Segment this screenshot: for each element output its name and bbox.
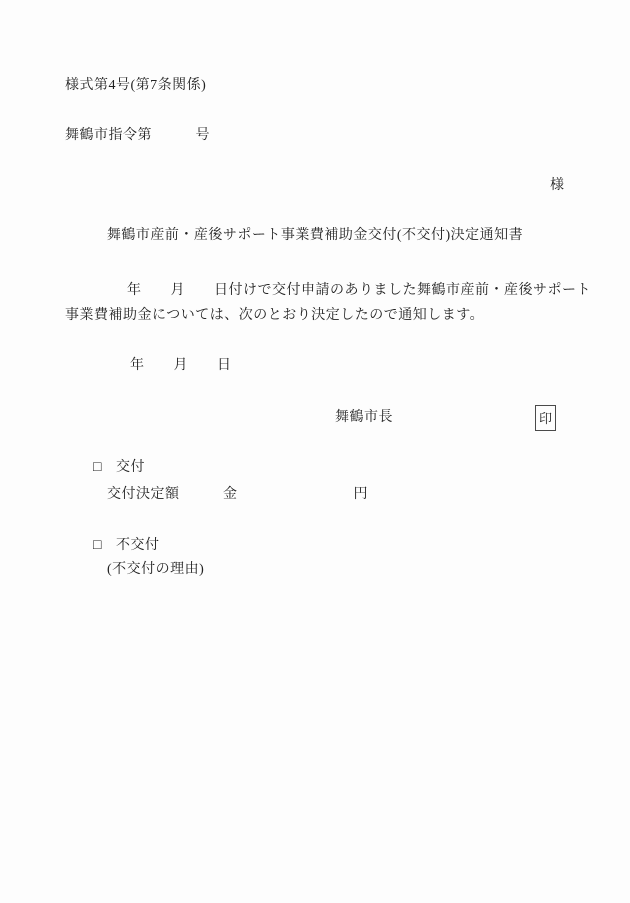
form-number: 様式第4号(第7条関係) <box>65 78 206 94</box>
document-page: 様式第4号(第7条関係) 舞鶴市指令第 号 様 舞鶴市産前・産後サポート事業費補… <box>0 0 630 903</box>
grant-label: 交付 <box>116 460 145 476</box>
decision-date-line: 年 月 日 <box>130 358 232 374</box>
document-title: 舞鶴市産前・産後サポート事業費補助金交付(不交付)決定通知書 <box>0 228 630 244</box>
no-grant-option-row: □ 不交付 <box>93 538 159 554</box>
body-line-1: 年 月 日付けで交付申請のありました舞鶴市産前・産後サポート <box>127 283 591 299</box>
grant-option-row: □ 交付 <box>93 460 145 476</box>
directive-number-line: 舞鶴市指令第 号 <box>65 128 210 144</box>
no-grant-label: 不交付 <box>116 538 160 554</box>
seal-box: 印 <box>535 405 556 431</box>
grant-amount-line: 交付決定額 金 円 <box>107 487 368 503</box>
seal-mark-label: 印 <box>539 412 552 425</box>
no-grant-checkbox[interactable]: □ <box>93 538 102 554</box>
mayor-label: 舞鶴市長 <box>335 410 393 426</box>
no-grant-reason-label: (不交付の理由) <box>107 562 204 578</box>
body-line-2: 事業費補助金については、次のとおり決定したので通知します。 <box>65 308 484 324</box>
grant-checkbox[interactable]: □ <box>93 460 102 476</box>
addressee-honorific: 様 <box>550 178 565 194</box>
